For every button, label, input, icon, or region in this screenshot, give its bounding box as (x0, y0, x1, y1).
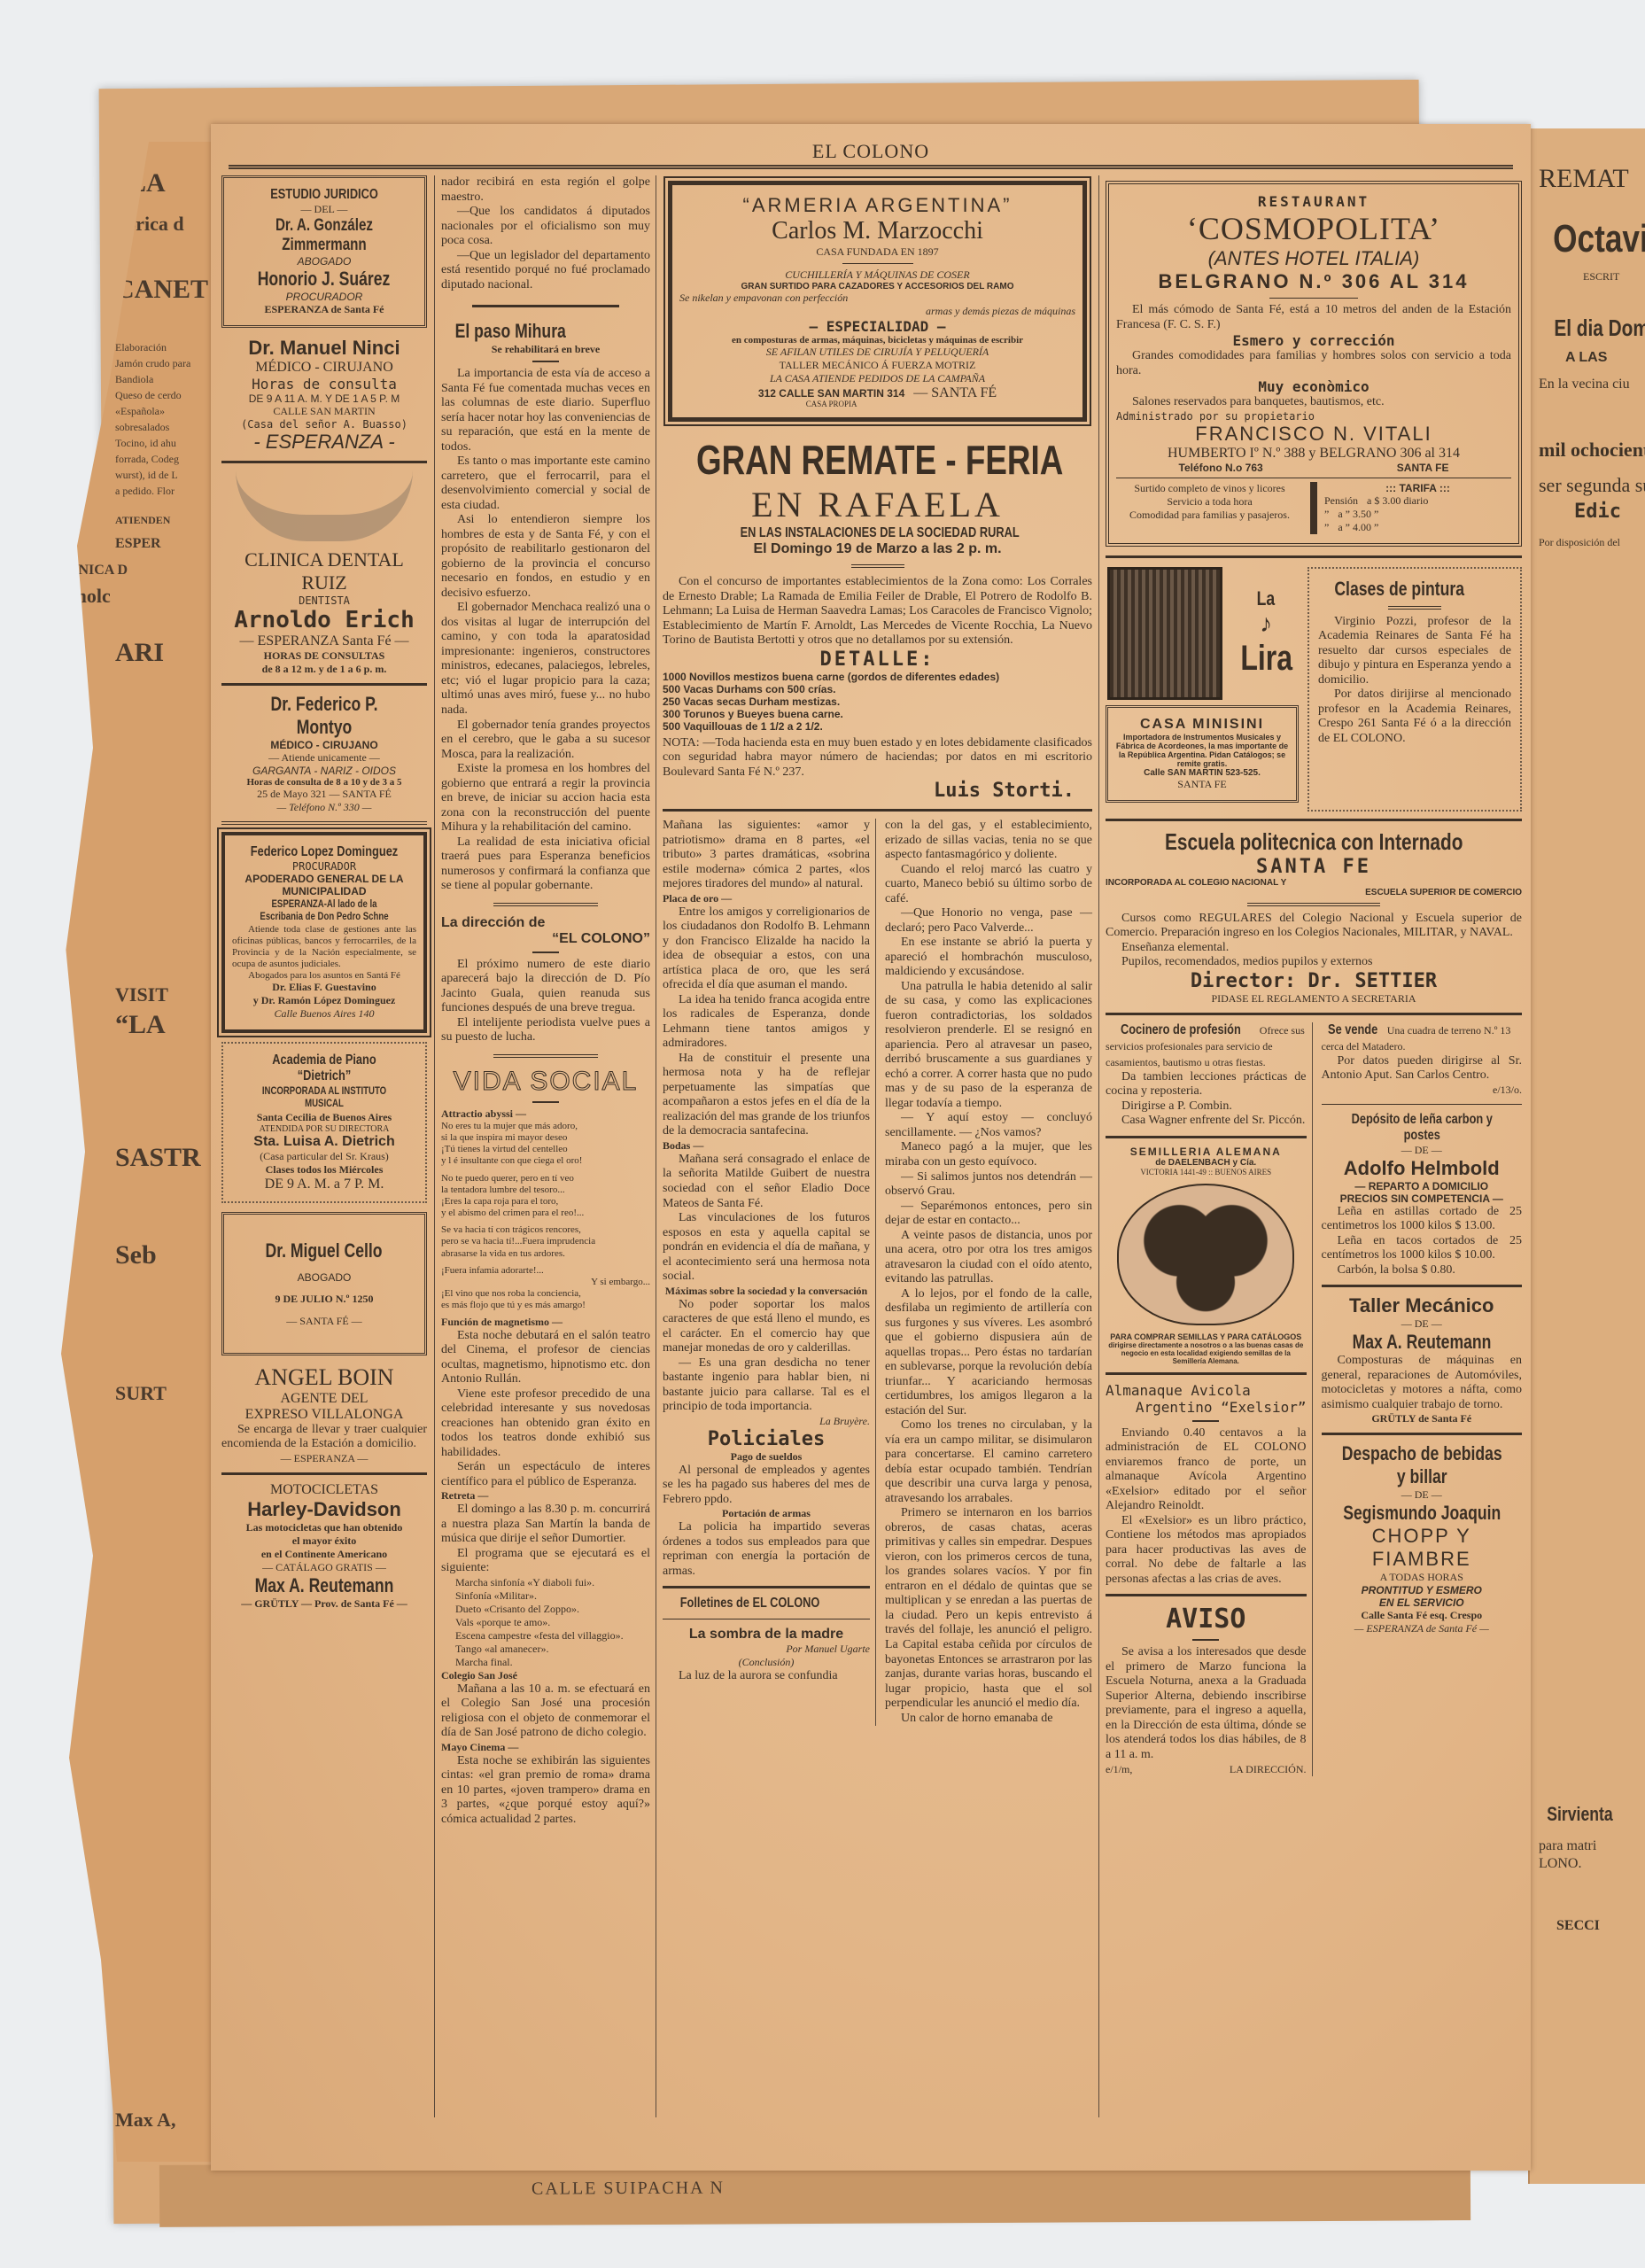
divider (472, 305, 618, 307)
ad-semilleria-alemana: SEMILLERIA ALEMANA de DAELENBACH y Cía. … (1106, 1146, 1307, 1365)
section-vida-social: VIDA SOCIAL Attractio abyssi — No eres t… (441, 1067, 650, 1828)
ad-taller-mecanico: Taller Mecánico — DE — Max A. Reutemann … (1322, 1294, 1523, 1425)
divider (663, 1619, 870, 1619)
accordion-illustration (1107, 567, 1222, 700)
divider (663, 1586, 870, 1588)
divider (1106, 1013, 1522, 1015)
ad-lopez-dominguez: Federico Lopez Dominguez PROCURADOR APOD… (221, 832, 427, 1033)
ad-despacho-bebidas: Despacho de bebidas y billar — DE — Segi… (1322, 1442, 1523, 1635)
ad-estudio-juridico: ESTUDIO JURIDICO — DEL — Dr. A. González… (221, 175, 427, 328)
ad-gran-remate: GRAN REMATE - FERIA EN RAFAELA EN LAS IN… (663, 436, 1092, 802)
divider (1322, 1104, 1523, 1105)
divider (1322, 1285, 1523, 1287)
column-right: RESTAURANT ‘COSMOPOLITA’ (ANTES HOTEL IT… (1106, 175, 1522, 1776)
pansy-flower-illustration (1117, 1184, 1294, 1325)
column-news-left: nador recibirá en esta región el golpe m… (441, 175, 650, 1827)
lyre-icon: ♪ (1234, 610, 1299, 639)
two-column-text: Mañana las siguientes: «amor y patriotis… (663, 819, 1092, 1726)
ad-escuela-politecnica: Escuela politecnica con Internado SANTA … (1106, 828, 1522, 1006)
divider (1192, 1639, 1219, 1641)
article-direccion: La dirección de “EL COLONO” El próximo n… (441, 915, 650, 1045)
divider (1106, 555, 1522, 558)
divider (1322, 1433, 1523, 1435)
masthead: EL COLONO (211, 140, 1531, 163)
livestock-item: 500 Vaquillouas de 1 1/2 a 2 1/2. (663, 720, 1092, 733)
ad-la-lira: La ♪ Lira CASA MINISINI Importadora de I… (1106, 567, 1299, 812)
ad-se-vende: Se vende Una cuadra de terreno N.º 13 ce… (1322, 1022, 1523, 1097)
dentures-illustration (236, 470, 413, 541)
ad-armeria-argentina: “ARMERIA ARGENTINA” Carlos M. Marzocchi … (668, 181, 1087, 422)
divider (1247, 903, 1380, 906)
divider (1388, 606, 1441, 610)
masthead-rule (229, 165, 1513, 169)
classifieds-left: Cocinero de profesión Ofrece sus servici… (1106, 1022, 1313, 1776)
divider (851, 564, 904, 568)
divider (842, 263, 913, 264)
divider (221, 1472, 427, 1475)
divider (1106, 1372, 1307, 1375)
tarifa-table: Surtido completo de vinos y licores Serv… (1116, 482, 1511, 534)
divider (1106, 819, 1522, 821)
tarifa-row: Pensióna $ 3.00 diario (1324, 494, 1511, 508)
classifieds-right: Se vende Una cuadra de terreno N.º 13 ce… (1322, 1022, 1523, 1776)
classifieds-grid: Cocinero de profesión Ofrece sus servici… (1106, 1022, 1522, 1776)
divider (1106, 1594, 1307, 1596)
ad-academia-piano: Academia de Piano “Dietrich” INCORPORADA… (221, 1042, 427, 1203)
ad-almanaque-avicola: Almanaque Avicola Argentino “Exelsior” E… (1106, 1382, 1307, 1588)
news-subcolumn: con la del gas, y el establecimiento, er… (885, 819, 1092, 1726)
livestock-item: 1000 Novillos mestizos buena carne (gord… (663, 671, 1092, 683)
divider (1106, 1136, 1307, 1138)
article-paso-mihura: El paso Mihura Se rehabilitará en breve … (441, 320, 650, 894)
livestock-item: 500 Vacas Durhams con 500 crías. (663, 683, 1092, 695)
livestock-item: 250 Vacas secas Durham mestizas. (663, 695, 1092, 708)
ad-clinica-dental: CLINICA DENTAL RUIZ DENTISTA Arnoldo Eri… (221, 470, 427, 676)
ad-dr-montyo: Dr. Federico P. Montyo MÉDICO - CIRUJANO… (221, 693, 427, 814)
column-center: “ARMERIA ARGENTINA” Carlos M. Marzocchi … (663, 175, 1092, 1726)
tarifa-row: ”a ” 4.00 ” (1324, 521, 1511, 534)
divider (221, 683, 427, 686)
ad-harley-davidson: MOTOCICLETAS Harley-Davidson Las motocic… (221, 1482, 427, 1611)
torn-left-page-fragment: “LA abrica d CANET Elaboración Jamón cru… (53, 142, 213, 2162)
notice-aviso: AVISO Se avisa a los interesados que des… (1106, 1604, 1307, 1775)
divider (663, 809, 1092, 812)
ad-restaurant-cosmopolita: RESTAURANT ‘COSMOPOLITA’ (ANTES HOTEL IT… (1106, 181, 1522, 547)
divider (1116, 478, 1511, 478)
ad-angel-boin: ANGEL BOIN AGENTE DEL EXPRESO VILLALONGA… (221, 1364, 427, 1465)
divider (532, 951, 559, 953)
news-subcolumn: Mañana las siguientes: «amor y patriotis… (663, 819, 876, 1726)
divider (221, 821, 427, 825)
ad-cocinero: Cocinero de profesión Ofrece sus servici… (1106, 1022, 1307, 1129)
column-rule (1098, 175, 1099, 2117)
ad-dr-ninci: Dr. Manuel Ninci MÉDICO - CIRUJANO Horas… (221, 337, 427, 454)
ad-dr-cello: Dr. Miguel Cello ABOGADO 9 DE JULIO N.º … (221, 1212, 427, 1355)
column-ads-left: ESTUDIO JURIDICO — DEL — Dr. A. González… (221, 175, 427, 1611)
divider (532, 1101, 559, 1103)
ad-clases-pintura: Clases de pintura Virginio Pozzi, profes… (1307, 567, 1522, 812)
poem: No eres tu la mujer que más adoro, si la… (441, 1121, 650, 1312)
right-adjacent-page: REMAT Octavio ESCRIT El dia Doming A LAS… (1528, 128, 1645, 2184)
column-rule (434, 175, 435, 2117)
ad-deposito-helmbold: Depósito de leña carbon y postes — DE — … (1322, 1112, 1523, 1278)
divider (493, 903, 598, 906)
program-list: Marcha sinfonía «Y diaboli fui». Sinfoní… (441, 1576, 650, 1669)
tarifa-row: ”a ” 3.50 ” (1324, 508, 1511, 521)
divider (221, 461, 427, 463)
livestock-item: 300 Torunos y Bueyes buena carne. (663, 708, 1092, 720)
divider (532, 361, 559, 362)
divider (1192, 1420, 1219, 1422)
divider (1269, 298, 1358, 299)
livestock-list: 1000 Novillos mestizos buena carne (gord… (663, 671, 1092, 733)
column-rule (656, 175, 656, 2117)
newspaper-page: EL COLONO ESTUDIO JURIDICO — DEL — Dr. A… (211, 124, 1531, 2171)
divider (493, 1054, 598, 1058)
divider (1310, 482, 1317, 534)
